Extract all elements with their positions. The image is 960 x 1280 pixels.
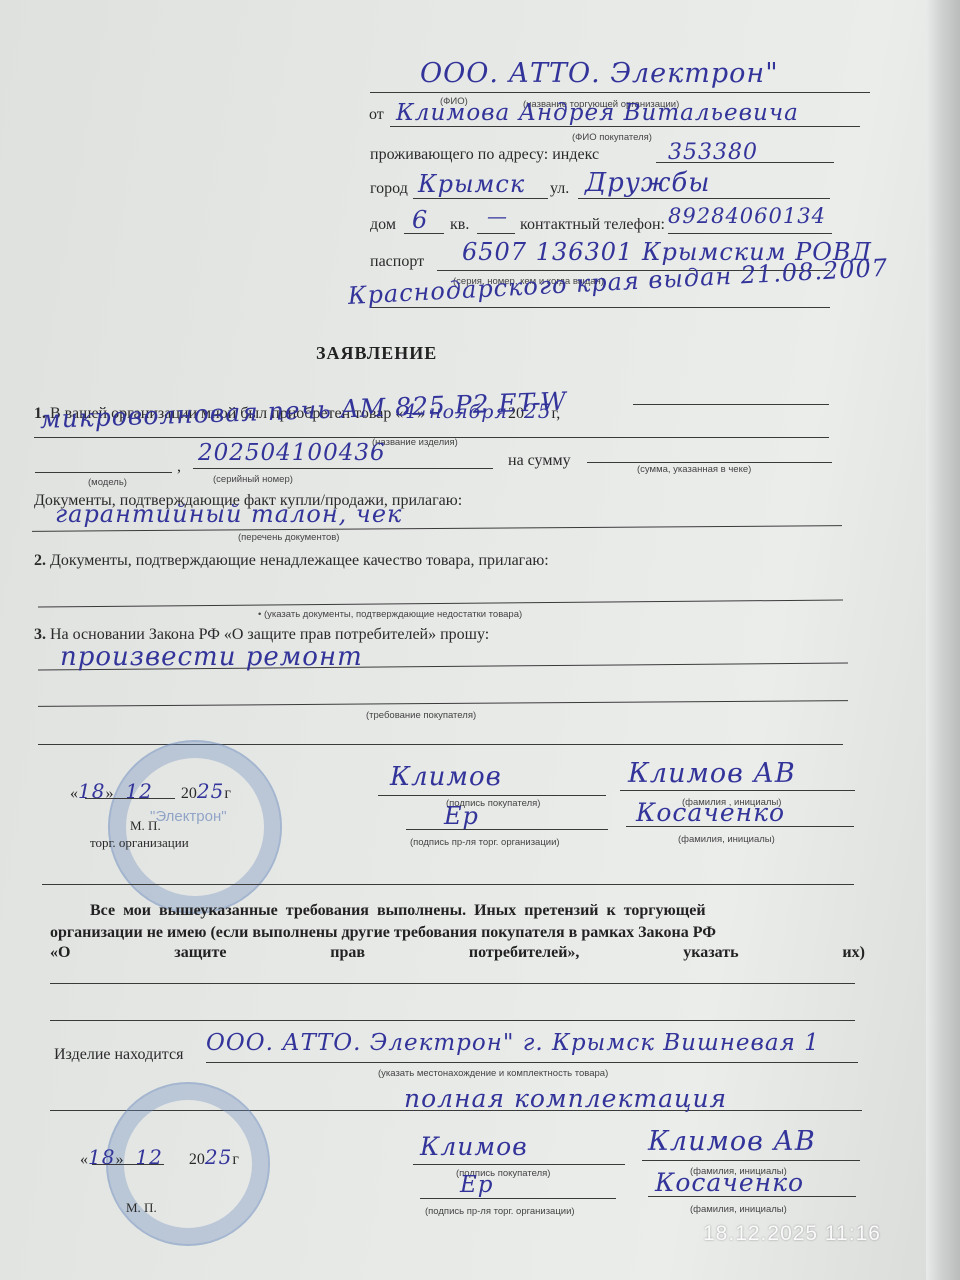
sign2-month-handwritten: 12 — [135, 1145, 162, 1169]
closing-line-blank-2 — [50, 1020, 855, 1021]
stamp-sub-label: торг. организации — [90, 835, 189, 851]
year-prefix: 20 — [181, 785, 197, 802]
product-handwritten: микроволновая печь AM 825 P2 ET-W — [39, 387, 567, 434]
buyer-name-handwritten-2: Климов АВ — [648, 1126, 816, 1157]
year-prefix: 20 — [189, 1151, 205, 1168]
request-handwritten: произвести ремонт — [60, 642, 363, 672]
seller-name-handwritten-2: Косаченко — [655, 1168, 804, 1197]
location-label: Изделие находится — [54, 1046, 183, 1064]
closing-line-2: организации не имею (если выполнены друг… — [50, 924, 716, 942]
buyer-name-line — [620, 790, 855, 791]
location-handwritten: ООО. АТТО. Электрон" г. Крымск Вишневая … — [206, 1030, 820, 1056]
stamp-center-text: "Электрон" — [150, 808, 227, 825]
section2-line — [38, 599, 843, 607]
buyer-signature-2: Климов — [420, 1132, 528, 1161]
city-line — [413, 198, 548, 199]
page-title: ЗАЯВЛЕНИЕ — [316, 343, 437, 364]
street-line — [578, 198, 830, 199]
buyer-name-handwritten: Климова Андрея Витальевича — [396, 100, 799, 126]
date-close: » — [115, 1151, 123, 1168]
caption-serial: (серийный номер) — [213, 474, 293, 485]
closing-word: потребителей», — [469, 944, 580, 962]
passport-label: паспорт — [370, 253, 424, 271]
year-suffix: г — [224, 785, 231, 802]
date-line — [85, 798, 175, 799]
phone-line — [668, 233, 832, 234]
buyer-signature: Климов — [390, 762, 502, 792]
apt-handwritten: — — [487, 204, 508, 228]
closing-line-blank-1 — [50, 983, 855, 984]
street-label: ул. — [550, 180, 569, 198]
caption-location: (указать местонахождение и комплектность… — [378, 1068, 608, 1079]
closing-word: указать — [683, 944, 738, 962]
caption-sum: (сумма, указанная в чеке) — [637, 464, 751, 475]
street-handwritten: Дружбы — [585, 168, 710, 198]
closing-word: защите — [174, 944, 226, 962]
date-open: « — [80, 1151, 88, 1168]
closing-word: прав — [330, 944, 365, 962]
caption-seller-name-2: (фамилия, инициалы) — [690, 1204, 787, 1215]
house-label: дом — [370, 216, 396, 234]
phone-handwritten: 89284060134 — [668, 204, 826, 228]
seller-name-handwritten: Косаченко — [636, 798, 785, 827]
divider-line — [42, 884, 854, 885]
buyer-sign-line — [378, 795, 606, 796]
address-label: проживающего по адресу: индекс — [370, 146, 599, 164]
year-suffix: г — [232, 1151, 239, 1168]
sign2-day-handwritten: 18 — [88, 1145, 115, 1169]
buyer-sign-line-2 — [413, 1164, 625, 1165]
location-handwritten-2: полная комплектация — [404, 1084, 727, 1113]
sign2-year-handwritten: 25 — [205, 1145, 232, 1169]
caption-buyer: (ФИО покупателя) — [572, 132, 652, 143]
org-name-line — [370, 92, 870, 93]
city-handwritten: Крымск — [418, 170, 525, 198]
caption-docs: (перечень документов) — [238, 532, 339, 543]
buyer-name-handwritten: Климов АВ — [628, 758, 796, 789]
city-label: город — [370, 180, 408, 198]
closing-line-1: Все мои вышеуказанные требования выполне… — [90, 902, 706, 920]
paper-edge-shadow — [926, 0, 960, 1280]
apt-label: кв. — [450, 216, 469, 234]
apt-line — [477, 233, 515, 234]
sign1-year-handwritten: 25 — [197, 779, 224, 803]
index-handwritten: 353380 — [668, 140, 758, 165]
sign1-month-handwritten: 12 — [125, 779, 152, 803]
comma: , — [177, 458, 181, 476]
org-name-handwritten: ООО. АТТО. Электрон" — [420, 58, 779, 89]
sum-label: на сумму — [508, 452, 571, 470]
caption-section2: • (указать документы, подтверждающие нед… — [258, 609, 522, 620]
document-photo: ООО. АТТО. Электрон" (ФИО) (название тор… — [0, 0, 960, 1280]
caption-seller-sign: (подпись пр-ля торг. организации) — [410, 837, 560, 848]
caption-seller-name: (фамилия, инициалы) — [678, 834, 775, 845]
serial-handwritten: 202504100436 — [198, 440, 386, 466]
closing-line-3: «О защите прав потребителей», указать их… — [50, 944, 865, 962]
seller-signature-2: Ер — [460, 1172, 494, 1198]
seller-sign-line — [406, 829, 608, 830]
stamp-label: М. П. — [130, 818, 161, 834]
closing-word: их) — [842, 944, 865, 962]
caption-seller-sign-2: (подпись пр-ля торг. организации) — [425, 1206, 575, 1217]
caption-request: (требование покупателя) — [366, 710, 476, 721]
closing-word: «О — [50, 944, 70, 962]
section2-number: 2. — [34, 552, 46, 569]
location-line — [206, 1062, 858, 1063]
date-line-2 — [92, 1164, 164, 1165]
request-line-2 — [38, 700, 848, 707]
passport-line-2 — [370, 307, 830, 308]
section3-number: 3. — [34, 626, 46, 643]
photo-timestamp: 18.12.2025 11:16 — [703, 1222, 881, 1246]
date-open: « — [70, 785, 78, 802]
serial-line — [193, 468, 493, 469]
buyer-name-line-2 — [642, 1160, 860, 1161]
docs-handwritten: гарантийный талон, чек — [55, 500, 402, 528]
date-close: » — [105, 785, 113, 802]
seller-signature: Ер — [444, 802, 479, 830]
sign1-day-handwritten: 18 — [78, 779, 105, 803]
section3-text: На основании Закона РФ «О защите прав по… — [50, 626, 489, 643]
buyer-name-line — [390, 126, 860, 127]
request-line-3 — [38, 744, 843, 745]
phone-label: контактный телефон: — [520, 216, 665, 234]
section1-line-end — [633, 404, 829, 405]
caption-model: (модель) — [88, 477, 127, 488]
stamp-label-2: М. П. — [126, 1200, 157, 1216]
house-handwritten: 6 — [412, 206, 428, 234]
seller-sign-line-2 — [420, 1198, 616, 1199]
from-label: от — [369, 106, 384, 124]
model-line — [35, 472, 172, 473]
section2-text: Документы, подтверждающие ненадлежащее к… — [50, 552, 549, 569]
